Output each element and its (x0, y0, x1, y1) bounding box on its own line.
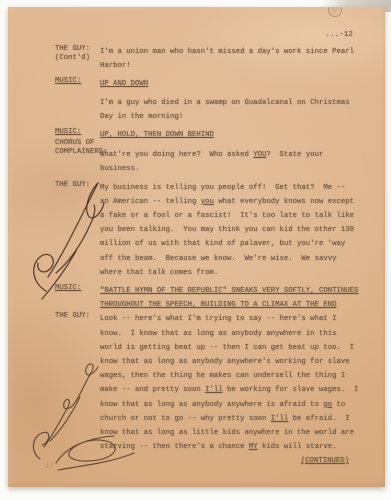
dialogue-block: I'm a guy who died in a swamp on Guadalc… (55, 96, 367, 124)
speaker-label: THE GUY:(Cont'd) (55, 45, 103, 63)
script-line: you been talking. You may think you can … (100, 223, 367, 237)
dialogue-text: Look -- here's what I'm trying to say --… (100, 312, 367, 454)
script-line: starving -- then there's a chance MY kid… (100, 440, 367, 454)
script-line: UP, HOLD, THEN DOWN BEHIND (100, 128, 367, 142)
speaker-label: THE GUY: (55, 312, 103, 321)
music-cue-text: "BATTLE HYMN OF THE REPUBLIC" SNEAKS VER… (100, 284, 367, 312)
script-line: Day in the morning! (100, 110, 367, 124)
circled-stamp-mark (328, 7, 342, 17)
dialogue-text: I'm a guy who died in a swamp on Guadalc… (100, 96, 367, 124)
script-line: know that as long as anybody anywhere is… (100, 398, 367, 412)
script-line: million of us with that kind of palaver,… (100, 237, 367, 251)
script-line: "BATTLE HYMN OF THE REPUBLIC" SNEAKS VER… (100, 284, 367, 298)
header-page-number: ...-12 (326, 31, 353, 39)
script-line: Look -- here's what I'm trying to say --… (100, 312, 367, 326)
speaker-label: CHORUS OFCOMPLAINERS: (55, 139, 103, 157)
script-page-paper: ...-12 THE GUY:(Cont'd)I'm a union man w… (8, 7, 385, 487)
dialogue-block: CHORUS OFCOMPLAINERS:What're you doing h… (55, 148, 367, 176)
dialogue-text: What're you doing here? Who asked YOU? S… (100, 148, 367, 176)
speaker-label: MUSIC: (55, 77, 103, 86)
script-line: My business is telling you people off! G… (100, 181, 367, 195)
script-line: where that talk comes from. (100, 266, 367, 280)
script-line: an American -- telling you what everybod… (100, 195, 367, 209)
dialogue-block: THE GUY:(Cont'd)I'm a union man who hasn… (55, 45, 367, 73)
script-line: I'm a guy who died in a swamp on Guadalc… (100, 96, 367, 110)
script-line: make -- and pretty soon I'll be working … (100, 383, 367, 397)
speaker-label: THE GUY: (55, 181, 103, 190)
script-line: church or not to go -- why pretty soon I… (100, 412, 367, 426)
scanned-script-page: { "page": { "header_page_number": "...-1… (0, 0, 391, 500)
script-body: THE GUY:(Cont'd)I'm a union man who hasn… (55, 45, 367, 454)
music-cue-block: MUSIC:UP AND DOWN (55, 77, 367, 91)
dialogue-text: My business is telling you people off! G… (100, 181, 367, 280)
script-line: off the beam. Because we know. We're wis… (100, 252, 367, 266)
script-line: know that as long as anybody anywhere's … (100, 355, 367, 369)
script-line: know. I know that as long as anybody any… (100, 327, 367, 341)
script-line: wages, then the thing he makes can under… (100, 369, 367, 383)
script-line: know that as long as little kids anywher… (100, 426, 367, 440)
dialogue-block: THE GUY:My business is telling you peopl… (55, 181, 367, 280)
script-line: Harbor! (100, 59, 367, 73)
script-line: THROUGHOUT THE SPEECH, BUILDING TO A CLI… (100, 298, 367, 312)
script-line: business. (100, 162, 367, 176)
dialogue-text: I'm a union man who hasn't missed a day'… (100, 45, 367, 73)
speaker-label: MUSIC: (55, 284, 103, 293)
script-line: world is getting beat up -- then I can g… (100, 341, 367, 355)
script-line: a fake or a fool or a fascist! It's too … (100, 209, 367, 223)
continued-label: (CONTINUED) (301, 457, 349, 465)
footer-page-number: 12 (45, 463, 53, 471)
script-line: UP AND DOWN (100, 77, 367, 91)
music-cue-block: MUSIC:"BATTLE HYMN OF THE REPUBLIC" SNEA… (55, 284, 367, 312)
music-cue-text: UP, HOLD, THEN DOWN BEHIND (100, 128, 367, 142)
script-line: I'm a union man who hasn't missed a day'… (100, 45, 367, 59)
music-cue-text: UP AND DOWN (100, 77, 367, 91)
dialogue-block: THE GUY:Look -- here's what I'm trying t… (55, 312, 367, 454)
speaker-label: MUSIC: (55, 128, 103, 137)
script-line: What're you doing here? Who asked YOU? S… (100, 148, 367, 162)
